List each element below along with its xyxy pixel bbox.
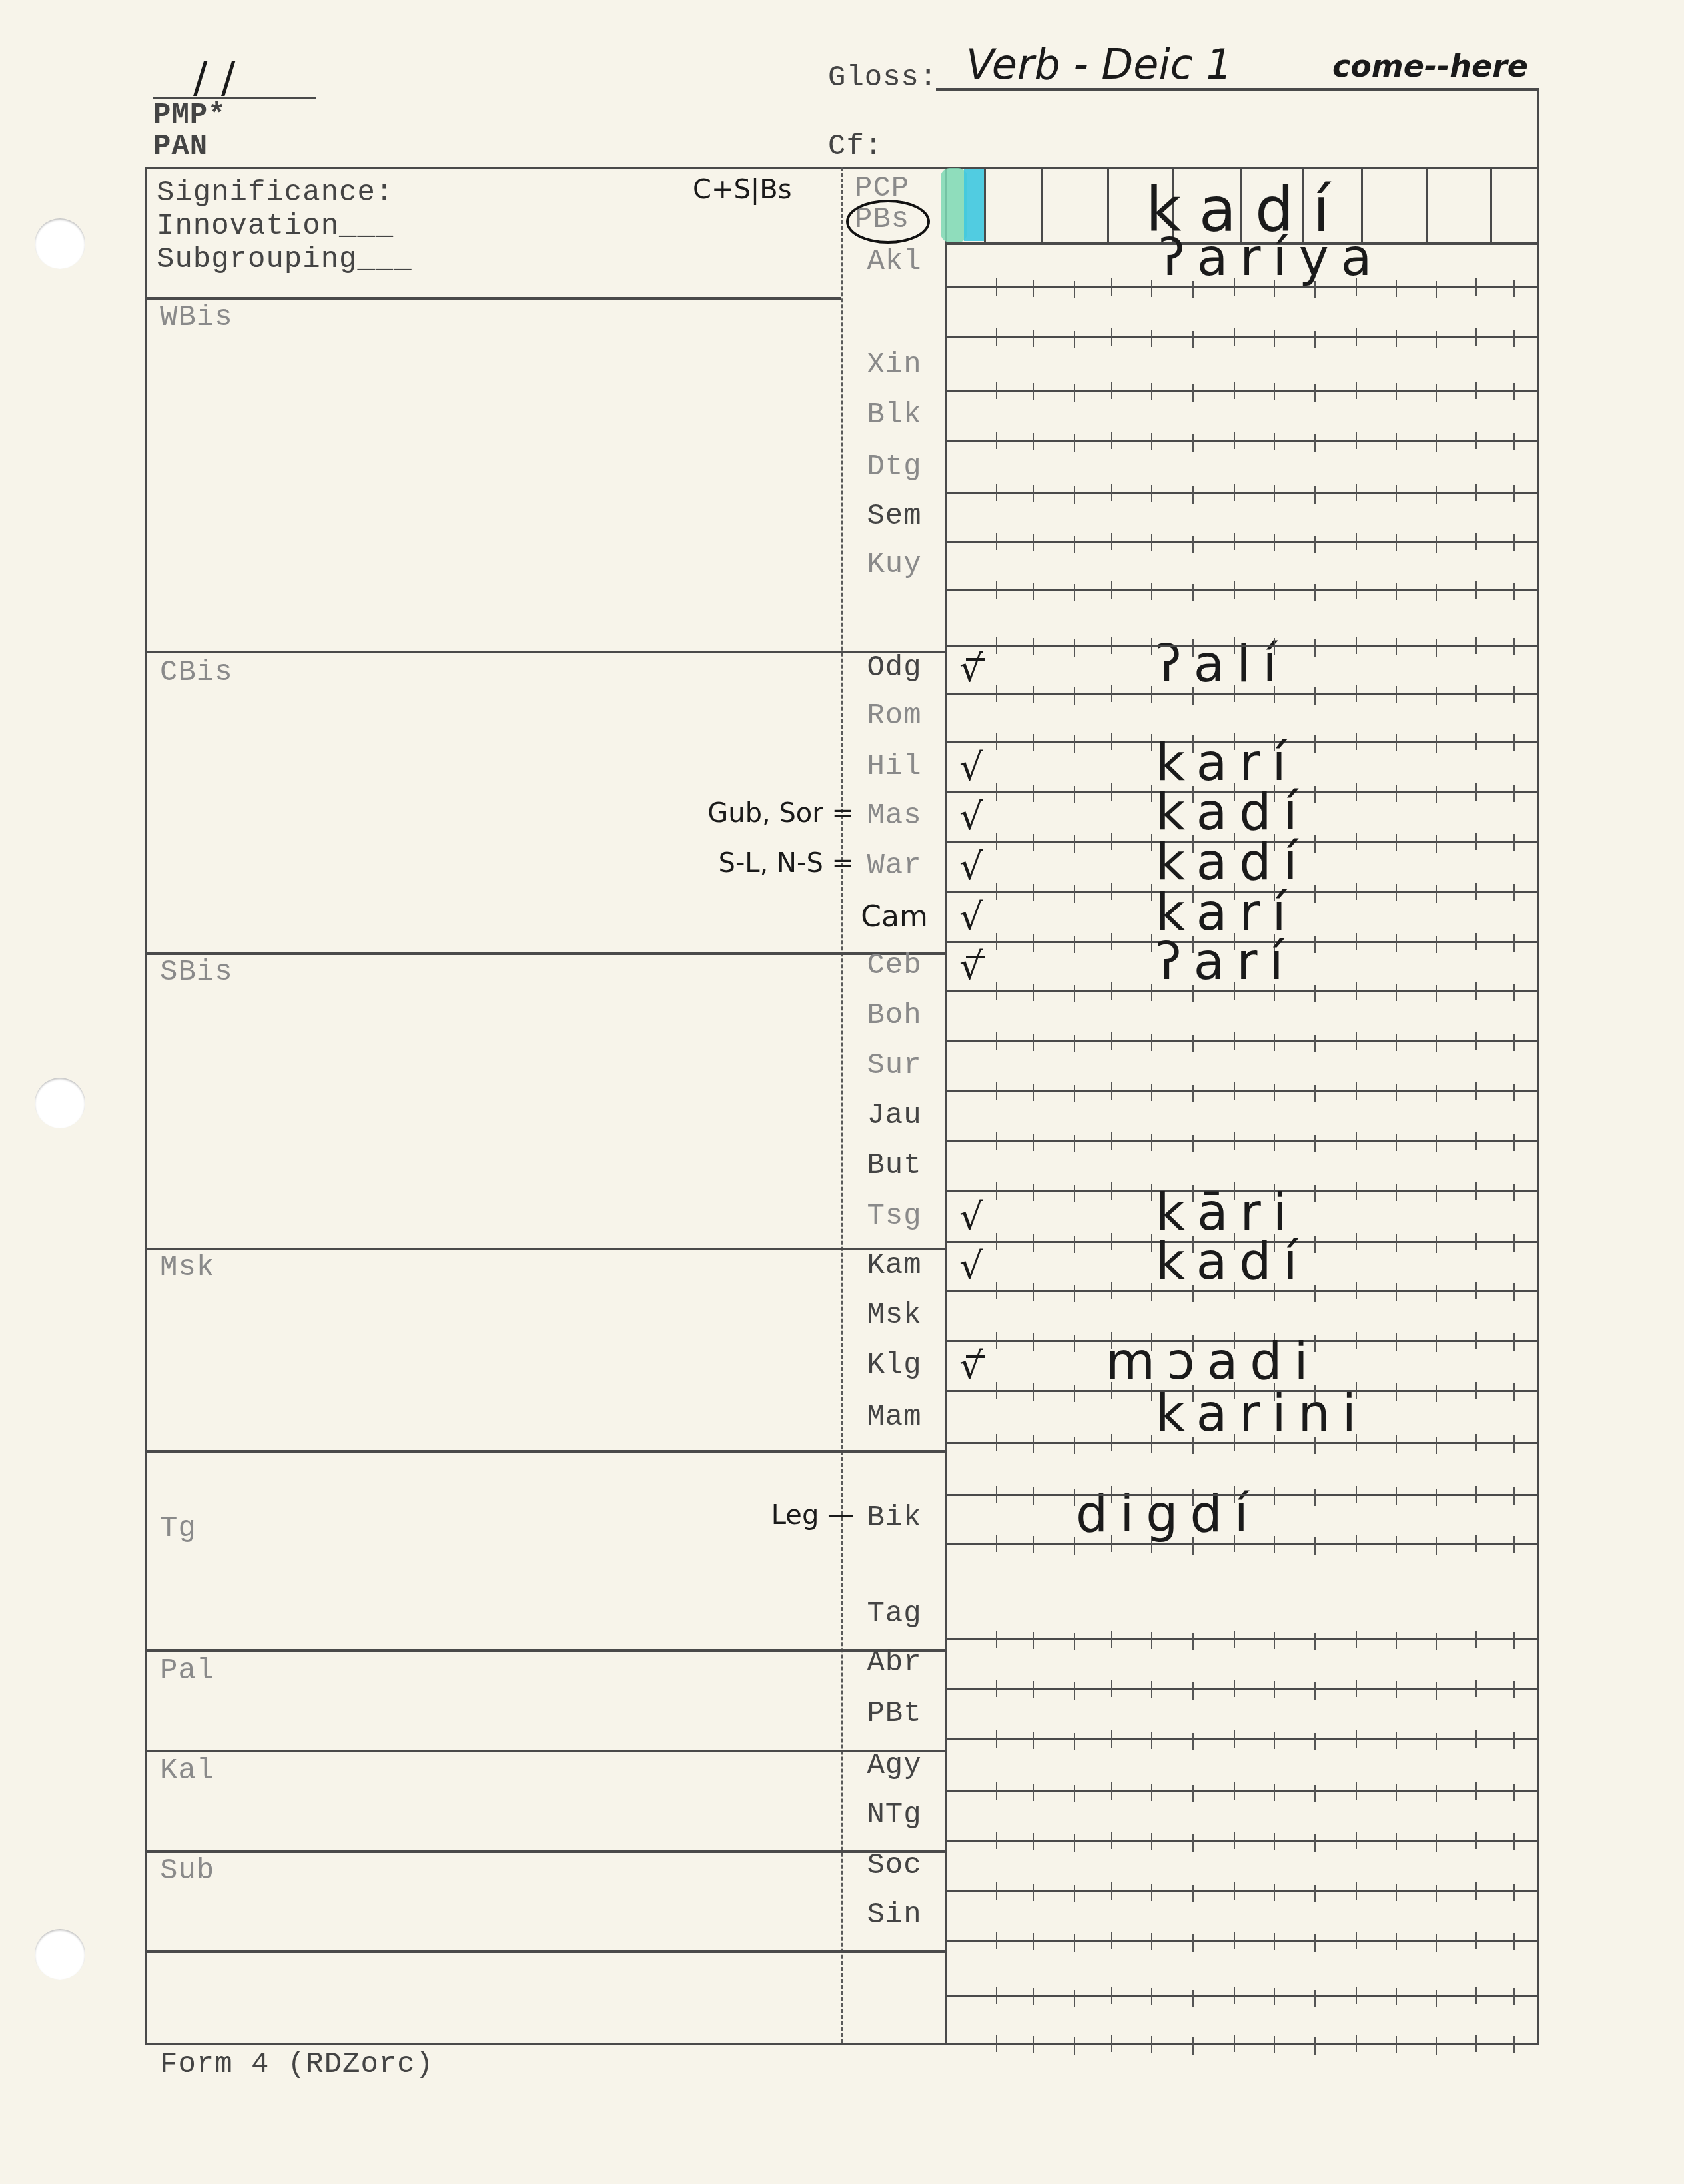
grid-cell-divider: [1107, 167, 1109, 242]
ruled-line-tick: [1513, 834, 1515, 851]
ruled-line-tick: [1436, 331, 1437, 348]
ruled-line-tick: [1033, 1487, 1034, 1505]
language-label-dtg: Dtg: [853, 450, 936, 484]
ruled-line-tick: [1436, 384, 1437, 402]
ruled-line-tick: [1436, 1489, 1437, 1506]
ruled-line-tick: [1475, 637, 1477, 654]
ruled-line-tick: [1513, 1084, 1515, 1101]
section-label-wbis: WBis: [160, 301, 233, 334]
ruled-line-tick: [1513, 984, 1515, 1001]
ruled-line-tick: [1151, 1833, 1152, 1850]
language-label-hil: Hil: [853, 750, 936, 783]
language-note-war: S-L, N-S =: [718, 848, 854, 879]
ruled-line-tick: [1314, 1934, 1316, 1952]
ruled-line-tick: [1396, 834, 1397, 851]
ruled-line-tick: [1192, 1785, 1194, 1802]
ruled-line-tick: [1151, 1681, 1152, 1698]
ruled-line-tick: [1513, 1383, 1515, 1401]
ruled-line-tick: [1074, 1785, 1075, 1802]
ruled-line-tick: [996, 484, 997, 501]
ruled-line-tick: [1314, 885, 1316, 903]
ruled-line-tick: [1513, 734, 1515, 751]
ruled-line-tick: [1033, 934, 1034, 952]
ruled-line-tick: [1033, 1833, 1034, 1850]
ruled-line-tick: [1314, 1733, 1316, 1750]
section-label-cbis: CBis: [160, 656, 233, 689]
ruled-line-tick: [1111, 1832, 1112, 1849]
ruled-line-tick: [1513, 1632, 1515, 1649]
ruled-line-tick: [1074, 1035, 1075, 1052]
highlight-green: [941, 168, 967, 242]
ruled-line-tick: [1033, 534, 1034, 551]
table-left-border: [145, 167, 147, 2043]
section-divider: [145, 651, 945, 653]
ruled-line-tick: [1074, 1185, 1075, 1202]
ruled-line-tick: [1475, 1882, 1477, 1900]
ruled-line-tick: [1074, 1437, 1075, 1454]
table-right-border: [1537, 88, 1539, 2043]
ruled-line-tick: [1234, 432, 1235, 449]
ruled-line-tick: [1314, 331, 1316, 348]
ruled-line-tick: [1033, 485, 1034, 502]
ruled-line-tick: [1513, 1732, 1515, 1749]
language-label-mam: Mam: [853, 1401, 936, 1434]
ruled-line-tick: [1314, 1633, 1316, 1650]
reflex-form-akl[interactable]: ʔaríya: [1159, 228, 1384, 287]
ruled-line-tick: [1111, 1132, 1112, 1150]
ruled-line-tick: [1234, 2035, 1235, 2052]
ruled-line-tick: [1151, 534, 1152, 551]
language-label-sin: Sin: [853, 1898, 936, 1932]
section-label-sbis: SBis: [160, 956, 233, 989]
ruled-line-tick: [1074, 1335, 1075, 1352]
crossed-check-icon: √: [959, 647, 983, 691]
significance-note: C+S|Bs: [693, 175, 792, 205]
ruled-line-tick: [1475, 1631, 1477, 1648]
ruled-line-tick: [1033, 1034, 1034, 1051]
ruled-line-tick: [1192, 331, 1194, 348]
ruled-line-tick: [1234, 1782, 1235, 1800]
ruled-line: [946, 541, 1539, 543]
ruled-line-tick: [1111, 1932, 1112, 1949]
ruled-line-tick: [1151, 834, 1152, 851]
ruled-line-tick: [1033, 884, 1034, 901]
ruled-line-tick: [1314, 434, 1316, 452]
ruled-line-tick: [1274, 1034, 1275, 1051]
ruled-line-tick: [1314, 1885, 1316, 1902]
ruled-line-tick: [1274, 1536, 1275, 1553]
ruled-line: [946, 2043, 1539, 2045]
ruled-line-tick: [1234, 1832, 1235, 1849]
ruled-line-tick: [1356, 1032, 1357, 1050]
ruled-line-tick: [1111, 1782, 1112, 1800]
ruled-line-tick: [1151, 1234, 1152, 1252]
grid-cell-divider: [1426, 167, 1428, 242]
ruled-line-tick: [1234, 1680, 1235, 1697]
ruled-line-tick: [1396, 984, 1397, 1001]
language-label-pbt: PBt: [853, 1697, 936, 1730]
ruled-line-tick: [1151, 1632, 1152, 1649]
ruled-line-tick: [1074, 885, 1075, 903]
ruled-line-tick: [1356, 1730, 1357, 1748]
ruled-line-tick: [1151, 1784, 1152, 1801]
ruled-line-tick: [1475, 933, 1477, 950]
ruled-line-tick: [1314, 2037, 1316, 2055]
ruled-line-tick: [996, 2035, 997, 2052]
reflex-form-kam[interactable]: kadí: [1156, 1232, 1310, 1291]
ruled-line-tick: [1436, 1236, 1437, 1253]
ruled-line-tick: [1356, 733, 1357, 750]
ruled-line-tick: [996, 1282, 997, 1299]
ruled-line-tick: [1396, 1184, 1397, 1201]
ruled-line-tick: [996, 1987, 997, 2004]
ruled-line-tick: [1513, 1487, 1515, 1505]
proto-label-pmp: PMP*: [153, 99, 226, 132]
ruled-line-tick: [1151, 1184, 1152, 1201]
ruled-line-tick: [1356, 1282, 1357, 1299]
ruled-line-tick: [1151, 433, 1152, 450]
ruled-line-tick: [1033, 1536, 1034, 1553]
ruled-line-tick: [1111, 637, 1112, 654]
highlight-cyan: [964, 169, 984, 241]
ruled-line-tick: [1234, 328, 1235, 346]
ruled-line-tick: [996, 1082, 997, 1100]
ruled-line-tick: [1475, 581, 1477, 599]
section-label-pal: Pal: [160, 1654, 214, 1688]
cf-label: Cf:: [828, 130, 883, 163]
ruled-line-tick: [1074, 985, 1075, 1002]
ruled-line-tick: [1436, 2037, 1437, 2055]
ruled-line-tick: [996, 1332, 997, 1349]
ruled-line-tick: [1234, 1932, 1235, 1949]
ruled-line-tick: [1513, 884, 1515, 901]
ruled-line-tick: [1192, 1633, 1194, 1650]
reflex-form-ceb[interactable]: ʔarí: [1156, 932, 1296, 991]
ruled-line-tick: [996, 1680, 997, 1697]
language-label-msk: Msk: [853, 1299, 936, 1332]
ruled-line-tick: [1356, 1782, 1357, 1800]
ruled-line-tick: [1396, 1134, 1397, 1151]
ruled-line-tick: [1151, 1435, 1152, 1453]
ruled-line-tick: [1396, 934, 1397, 952]
ruled-line-tick: [1033, 1184, 1034, 1201]
ruled-line-tick: [1111, 1082, 1112, 1100]
ruled-line-tick: [1436, 786, 1437, 803]
grid-cell-divider: [1490, 167, 1492, 242]
ruled-line-tick: [1513, 433, 1515, 450]
language-label-sur: Sur: [853, 1049, 936, 1082]
ruled-line-tick: [1513, 1184, 1515, 1201]
ruled-line-tick: [1074, 1733, 1075, 1750]
ruled-line-tick: [1396, 1283, 1397, 1301]
ruled-line: [946, 1090, 1539, 1092]
ruled-line-tick: [1513, 1333, 1515, 1351]
ruled-line-tick: [1074, 281, 1075, 298]
grid-cell-divider: [1041, 167, 1043, 242]
ruled-line-tick: [1356, 1233, 1357, 1250]
language-label-ntg: NTg: [853, 1798, 936, 1832]
ruled-line-tick: [1356, 1680, 1357, 1697]
ruled-line-tick: [1314, 835, 1316, 853]
language-label-akl: Akl: [853, 245, 936, 278]
ruled-line-tick: [1475, 1382, 1477, 1399]
ruled-line-tick: [1396, 433, 1397, 450]
ruled-line-tick: [1234, 1486, 1235, 1503]
language-label-klg: Klg: [853, 1349, 936, 1382]
significance-bottom: [145, 297, 841, 300]
ruled-line: [946, 1140, 1539, 1142]
ruled-line-tick: [1234, 382, 1235, 399]
ruled-line-tick: [1033, 834, 1034, 851]
ruled-line-tick: [1033, 1632, 1034, 1649]
ruled-line-tick: [996, 1535, 997, 1552]
ruled-line-tick: [996, 883, 997, 900]
ruled-line-tick: [1314, 486, 1316, 504]
ruled-line-tick: [1314, 384, 1316, 402]
section-divider: [145, 1248, 945, 1250]
ruled-line-tick: [1314, 1682, 1316, 1700]
ruled-line-tick: [1151, 583, 1152, 600]
reflex-form-odg[interactable]: ʔalí: [1156, 634, 1289, 693]
ruled-line-tick: [1356, 1535, 1357, 1552]
ruled-line-tick: [1111, 1032, 1112, 1050]
ruled-line-tick: [1274, 1988, 1275, 2005]
ruled-line-tick: [1111, 1680, 1112, 1697]
ruled-line-tick: [1356, 1832, 1357, 1849]
ruled-line-tick: [1234, 1032, 1235, 1050]
form-label: Form 4 (RDZorc): [160, 2048, 434, 2081]
ruled-line-tick: [1192, 1085, 1194, 1102]
ruled-line-tick: [1475, 1434, 1477, 1451]
crossed-check-icon: √: [959, 945, 983, 988]
ruled-line-tick: [1513, 1234, 1515, 1252]
gloss-label: Gloss:: [828, 61, 937, 95]
ruled-line-tick: [1396, 2036, 1397, 2053]
ruled-line-tick: [1436, 1085, 1437, 1102]
ruled-line-tick: [1475, 1832, 1477, 1849]
language-label-boh: Boh: [853, 999, 936, 1032]
section-divider: [145, 1649, 945, 1652]
ruled-line-tick: [1475, 783, 1477, 801]
ruled-line-tick: [1356, 1082, 1357, 1100]
ruled-line-tick: [1192, 1934, 1194, 1952]
section-divider: [145, 1750, 945, 1752]
ruled-line-tick: [1513, 485, 1515, 502]
significance-title: Significance:: [157, 177, 394, 210]
ruled-line: [946, 1940, 1539, 1942]
ruled-line-tick: [1314, 687, 1316, 705]
gloss-value[interactable]: Verb - Deic 1: [966, 40, 1232, 89]
ruled-line-tick: [1513, 1988, 1515, 2005]
ruled-line-tick: [1151, 1134, 1152, 1151]
ruled-line-tick: [1396, 638, 1397, 655]
ruled-line-tick: [996, 1730, 997, 1748]
ruled-line-tick: [1074, 2037, 1075, 2055]
ruled-line-tick: [1274, 534, 1275, 551]
ruled-line: [946, 1688, 1539, 1690]
ruled-line-tick: [1396, 884, 1397, 901]
ruled-line-tick: [1356, 328, 1357, 346]
check-icon: √: [959, 795, 983, 839]
ruled-line-tick: [1396, 534, 1397, 551]
ruled-line-tick: [1033, 1435, 1034, 1453]
ruled-line-tick: [1475, 1182, 1477, 1200]
ruled-line-tick: [1033, 686, 1034, 703]
ruled-line-tick: [1151, 1884, 1152, 1901]
ruled-line-tick: [1475, 328, 1477, 346]
ruled-line-tick: [1151, 1487, 1152, 1505]
ruled-line-tick: [1033, 1988, 1034, 2005]
ruled-line: [946, 1840, 1539, 1842]
ruled-line-tick: [1475, 1730, 1477, 1748]
ruled-line: [946, 645, 1539, 647]
ruled-line-tick: [1356, 685, 1357, 702]
ruled-line-tick: [1074, 486, 1075, 504]
ruled-line-tick: [1513, 785, 1515, 802]
ruled-line-tick: [1192, 2037, 1194, 2055]
ruled-line-tick: [1111, 685, 1112, 702]
ruled-line-tick: [1033, 1283, 1034, 1301]
ruled-line-tick: [1274, 1084, 1275, 1101]
ruled-line-tick: [1436, 1934, 1437, 1952]
language-label-but: But: [853, 1149, 936, 1182]
ruled-line-tick: [1234, 1882, 1235, 1900]
ruled-line-tick: [1314, 639, 1316, 657]
ruled-line-tick: [1475, 1486, 1477, 1503]
ruled-line-tick: [996, 933, 997, 950]
ruled-line-tick: [1475, 883, 1477, 900]
gloss-underline: [936, 88, 1539, 91]
ruled-line-tick: [1274, 1732, 1275, 1749]
ruled-line-tick: [1475, 484, 1477, 501]
ruled-line-tick: [1033, 1333, 1034, 1351]
ruled-line-tick: [1356, 1882, 1357, 1900]
ruled-line-tick: [1074, 1990, 1075, 2007]
ruled-line-tick: [1274, 2036, 1275, 2053]
ruled-line-tick: [1033, 583, 1034, 600]
ruled-line-tick: [996, 1882, 997, 1900]
ruled-line-tick: [1274, 485, 1275, 502]
ruled-line-tick: [1436, 936, 1437, 953]
language-label-ceb: Ceb: [853, 949, 936, 982]
grid-cell-divider: [984, 167, 986, 242]
subgrouping-field[interactable]: Subgrouping___: [157, 243, 412, 276]
ruled-line-tick: [1396, 1833, 1397, 1850]
ruled-line-tick: [1074, 1885, 1075, 1902]
reflex-form-mam[interactable]: karini: [1156, 1383, 1368, 1443]
ruled-line-tick: [1151, 383, 1152, 400]
ruled-line-tick: [1475, 1032, 1477, 1050]
ruled-line-tick: [1274, 1134, 1275, 1151]
ruled-line-tick: [1314, 936, 1316, 953]
ruled-line-tick: [1356, 982, 1357, 1000]
ruled-line-tick: [1356, 581, 1357, 599]
ruled-line-tick: [1151, 638, 1152, 655]
proto-label-pan: PAN: [153, 130, 208, 163]
ruled-line-tick: [1033, 330, 1034, 347]
ruled-line-tick: [1074, 1285, 1075, 1302]
ruled-line-tick: [1274, 583, 1275, 600]
ruled-line-tick: [1033, 1681, 1034, 1698]
ruled-line-tick: [1436, 434, 1437, 452]
ruled-line-tick: [1151, 785, 1152, 802]
left-panel-divider: [841, 167, 843, 2043]
ruled-line-tick: [1234, 533, 1235, 550]
ruled-line-tick: [1192, 1489, 1194, 1506]
ruled-line-tick: [1074, 786, 1075, 803]
ruled-line-tick: [1074, 835, 1075, 853]
ruled-line-tick: [1475, 1987, 1477, 2004]
ruled-line-tick: [1396, 1884, 1397, 1901]
ruled-line-tick: [1436, 835, 1437, 853]
ruled-line-tick: [1314, 1085, 1316, 1102]
ruled-line-tick: [1436, 1035, 1437, 1052]
ruled-line-tick: [1436, 1135, 1437, 1152]
ruled-line-tick: [1475, 533, 1477, 550]
ruled-line-tick: [1274, 638, 1275, 655]
ruled-line-tick: [1356, 533, 1357, 550]
ruled-line-tick: [1274, 433, 1275, 450]
ruled-line-tick: [1475, 1535, 1477, 1552]
ruled-line-tick: [996, 637, 997, 654]
ruled-line-tick: [1274, 1632, 1275, 1649]
ruled-line-tick: [1234, 1082, 1235, 1100]
ruled-line: [946, 1790, 1539, 1792]
hole-punch-top: [35, 218, 85, 269]
ruled-line-tick: [996, 382, 997, 399]
ruled-line-tick: [1111, 733, 1112, 750]
ruled-line-tick: [1033, 1084, 1034, 1101]
ruled-line-tick: [996, 533, 997, 550]
ruled-line-tick: [1033, 280, 1034, 297]
innovation-field[interactable]: Innovation___: [157, 210, 394, 243]
ruled-line-tick: [1234, 581, 1235, 599]
ruled-line-tick: [1111, 533, 1112, 550]
ruled-line-tick: [1436, 1990, 1437, 2007]
ruled-line-tick: [1396, 1988, 1397, 2005]
ruled-line-tick: [1513, 1536, 1515, 1553]
language-label-kam: Kam: [853, 1249, 936, 1282]
ruled-line-tick: [1436, 584, 1437, 601]
ruled-line-tick: [1475, 382, 1477, 399]
ruled-line-tick: [1436, 486, 1437, 504]
ruled-line-tick: [1151, 280, 1152, 297]
gloss-meaning[interactable]: come--here: [1332, 48, 1528, 84]
ruled-line: [946, 440, 1539, 442]
ruled-line-tick: [1111, 581, 1112, 599]
ruled-line-tick: [1033, 984, 1034, 1001]
ruled-line-tick: [1151, 884, 1152, 901]
ruled-line-tick: [996, 1932, 997, 1949]
ruled-line-tick: [1396, 1933, 1397, 1950]
ruled-line-tick: [1151, 1732, 1152, 1749]
ruled-line-tick: [996, 1782, 997, 1800]
ruled-line-tick: [1314, 735, 1316, 753]
hole-punch-middle: [35, 1078, 85, 1128]
ruled-line-tick: [1074, 384, 1075, 402]
reflex-form-klg[interactable]: mɔadi: [1106, 1331, 1320, 1391]
ruled-line-tick: [1111, 2035, 1112, 2052]
ruled-line-tick: [1436, 985, 1437, 1002]
ruled-line-tick: [1274, 383, 1275, 400]
ruled-line-tick: [1111, 1987, 1112, 2004]
ruled-line-tick: [1356, 933, 1357, 950]
ruled-line-tick: [1192, 1135, 1194, 1152]
language-label-cam: Cam: [853, 900, 936, 934]
ruled-line-tick: [996, 581, 997, 599]
reflex-form-bik[interactable]: digdí: [1076, 1484, 1260, 1543]
ruled-line-tick: [996, 1434, 997, 1451]
